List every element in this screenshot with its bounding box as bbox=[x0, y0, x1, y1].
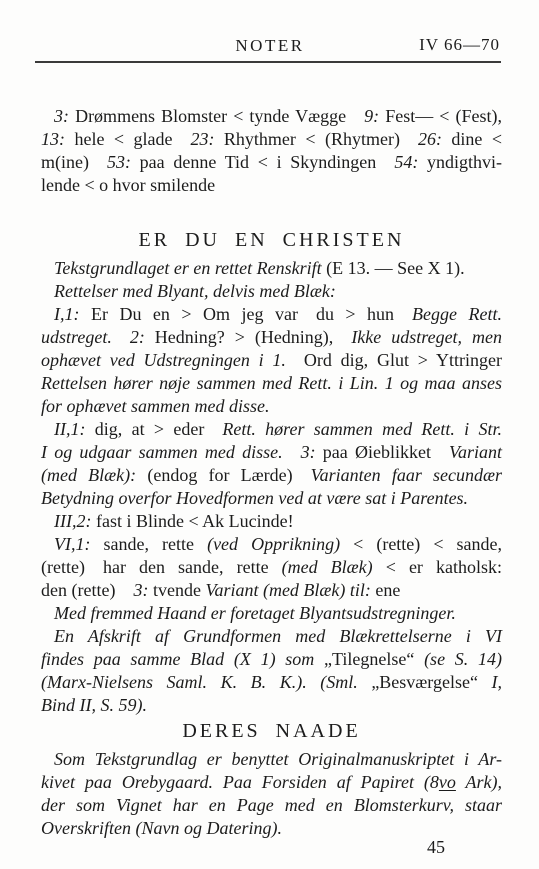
text-segment: 3: bbox=[54, 106, 69, 126]
text-segment: Som Tekstgrundlag er benyttet Originalma… bbox=[54, 749, 502, 769]
text-segment: dig, at > eder bbox=[85, 419, 222, 439]
text-segment: 9: bbox=[364, 106, 379, 126]
text-segment: der som Vignet har en Page med en Blomst… bbox=[41, 795, 502, 815]
section-heading: ER DU EN CHRISTEN bbox=[41, 229, 502, 252]
text-segment: paa denne Tid < i Skyndingen bbox=[131, 152, 394, 172]
text-segment: Rettelser med Blyant, delvis med Blæk: bbox=[54, 281, 336, 301]
text-segment: Med fremmed Haand er foretaget Blyantsud… bbox=[54, 603, 456, 623]
text-segment: paa Øieblikket bbox=[316, 442, 449, 462]
text-line: findes paa samme Blad (X 1) som „Tilegne… bbox=[41, 648, 502, 671]
running-title: NOTER bbox=[235, 36, 304, 55]
text-segment: hele < glade bbox=[65, 129, 190, 149]
text-segment: Drømmens Blomster < tynde Vægge bbox=[69, 106, 364, 126]
text-segment: (rette) har den sande, rette bbox=[41, 557, 282, 577]
text-segment: Variant bbox=[449, 442, 502, 462]
text-line: (Marx-Nielsens Saml. K. B. K.). (Sml. „B… bbox=[41, 671, 502, 694]
text-segment: findes paa samme Blad (X 1) som bbox=[41, 649, 324, 669]
text-segment: (Marx-Nielsens Saml. K. B. K.). (Sml. bbox=[41, 672, 371, 692]
text-segment: II,1: bbox=[54, 419, 85, 439]
text-segment: m(ine) bbox=[41, 152, 107, 172]
text-segment: 13: bbox=[41, 129, 65, 149]
text-line: ophævet ved Udstregningen i 1. Ord dig, … bbox=[41, 349, 502, 372]
text-line: for ophævet sammen med disse. bbox=[41, 395, 502, 418]
text-line: udstreget. 2: Hedning? > (Hedning), Ikke… bbox=[41, 326, 502, 349]
text-segment: for ophævet sammen med disse. bbox=[41, 396, 269, 416]
text-line: En Afskrift af Grundformen med Blækrette… bbox=[41, 625, 502, 648]
text-segment: (med Blæk): bbox=[41, 465, 136, 485]
book-page: NOTER IV 66—70 3: Drømmens Blomster < ty… bbox=[0, 0, 539, 869]
text-segment: fast i Blinde < Ak Lucinde! bbox=[91, 511, 293, 531]
text-segment: Ord dig, Glut > Yttringer bbox=[304, 350, 502, 370]
text-line: der som Vignet har en Page med en Blomst… bbox=[41, 794, 502, 817]
text-segment: Betydning overfor Hovedformen ved at vær… bbox=[41, 488, 468, 508]
text-line: m(ine) 53: paa denne Tid < i Skyndingen … bbox=[41, 151, 502, 174]
text-segment: 23: bbox=[190, 129, 214, 149]
page-header: NOTER IV 66—70 bbox=[40, 35, 500, 56]
text-segment: < (rette) < sande, bbox=[340, 534, 502, 554]
text-segment: III,2: bbox=[54, 511, 91, 531]
text-segment: 26: bbox=[418, 129, 442, 149]
text-line: Bind II, S. 59). bbox=[41, 694, 502, 717]
text-segment: ophævet ved Udstregningen i 1. bbox=[41, 350, 304, 370]
text-segment: yndigthvi- bbox=[418, 152, 502, 172]
text-line: III,2: fast i Blinde < Ak Lucinde! bbox=[41, 510, 502, 533]
text-segment: En Afskrift af Grundformen med Blækrette… bbox=[54, 626, 502, 646]
header-rule bbox=[35, 61, 501, 63]
text-segment: (E 13. — See X 1). bbox=[322, 258, 465, 278]
text-segment: tvende bbox=[148, 580, 205, 600]
text-segment: Rett. hører sammen med Rett. i Str. bbox=[222, 419, 502, 439]
text-line: Som Tekstgrundlag er benyttet Originalma… bbox=[41, 748, 502, 771]
text-segment: udstreget. 2: bbox=[41, 327, 145, 347]
page-number: 45 bbox=[427, 837, 445, 858]
text-segment: VI,1: bbox=[54, 534, 90, 554]
text-segment: Rhythmer < (Rhytmer) bbox=[214, 129, 417, 149]
text-segment: (se S. 14) bbox=[414, 649, 502, 669]
text-line: Tekstgrundlaget er en rettet Renskrift (… bbox=[41, 257, 502, 280]
text-segment: 3: bbox=[133, 580, 148, 600]
section-heading: DERES NAADE bbox=[41, 720, 502, 743]
text-segment: lende < o hvor smilende bbox=[41, 175, 215, 195]
text-line: 3: Drømmens Blomster < tynde Vægge 9: Fe… bbox=[41, 105, 502, 128]
text-line: den (rette) 3: tvende Variant (med Blæk)… bbox=[41, 579, 502, 602]
text-line: Med fremmed Haand er foretaget Blyantsud… bbox=[41, 602, 502, 625]
text-segment: kivet paa Orebygaard. Paa Forsiden af Pa… bbox=[41, 772, 439, 792]
text-segment: Varianten faar secundær bbox=[311, 465, 502, 485]
text-line: Rettelser med Blyant, delvis med Blæk: bbox=[41, 280, 502, 303]
text-line: lende < o hvor smilende bbox=[41, 174, 502, 197]
text-segment: Bind II, S. 59). bbox=[41, 695, 147, 715]
text-segment: Tekstgrundlaget er en rettet Renskrift bbox=[54, 258, 322, 278]
text-segment: Hedning? > (Hedning), bbox=[145, 327, 351, 347]
text-segment: 54: bbox=[394, 152, 418, 172]
text-segment: Fest— < (Fest), bbox=[379, 106, 502, 126]
text-segment: Er Du en > Om jeg var du > hun bbox=[80, 304, 413, 324]
section-reference: IV 66—70 bbox=[419, 35, 500, 55]
text-line: Rettelsen hører nøje sammen med Rett. i … bbox=[41, 372, 502, 395]
text-line: (med Blæk): (endog for Lærde) Varianten … bbox=[41, 464, 502, 487]
text-line: VI,1: sande, rette (ved Opprikning) < (r… bbox=[41, 533, 502, 556]
text-line: I,1: Er Du en > Om jeg var du > hun Begg… bbox=[41, 303, 502, 326]
text-line: (rette) har den sande, rette (med Blæk) … bbox=[41, 556, 502, 579]
text-line: I og udgaar sammen med disse. 3: paa Øie… bbox=[41, 441, 502, 464]
text-segment: Variant (med Blæk) til: bbox=[205, 580, 370, 600]
text-line: Betydning overfor Hovedformen ved at vær… bbox=[41, 487, 502, 510]
text-segment: I og udgaar sammen med disse. 3: bbox=[41, 442, 316, 462]
text-segment: sande, rette bbox=[90, 534, 207, 554]
text-segment: Ikke udstreget, men bbox=[351, 327, 502, 347]
content: 3: Drømmens Blomster < tynde Vægge 9: Fe… bbox=[41, 105, 502, 840]
text-segment: ene bbox=[371, 580, 400, 600]
text-segment: (endog for Lærde) bbox=[136, 465, 311, 485]
text-segment: (med Blæk) bbox=[282, 557, 373, 577]
text-segment: I, bbox=[478, 672, 502, 692]
text-line: 13: hele < glade 23: Rhythmer < (Rhytmer… bbox=[41, 128, 502, 151]
text-segment: dine < bbox=[442, 129, 502, 149]
text-segment: vo bbox=[439, 772, 456, 792]
text-segment: Rettelsen hører nøje sammen med Rett. i … bbox=[41, 373, 502, 393]
text-segment: 53: bbox=[107, 152, 131, 172]
text-segment: < er katholsk: bbox=[373, 557, 502, 577]
text-segment: Begge Rett. bbox=[412, 304, 502, 324]
text-line: II,1: dig, at > eder Rett. hører sammen … bbox=[41, 418, 502, 441]
text-segment: den (rette) bbox=[41, 580, 133, 600]
text-segment: „Besværgelse“ bbox=[371, 672, 478, 692]
text-segment: Overskriften (Navn og Datering). bbox=[41, 818, 282, 838]
text-segment: Ark), bbox=[456, 772, 502, 792]
text-segment: I,1: bbox=[54, 304, 80, 324]
text-line: kivet paa Orebygaard. Paa Forsiden af Pa… bbox=[41, 771, 502, 794]
text-segment: „Tilegnelse“ bbox=[324, 649, 414, 669]
text-segment: (ved Opprikning) bbox=[207, 534, 340, 554]
